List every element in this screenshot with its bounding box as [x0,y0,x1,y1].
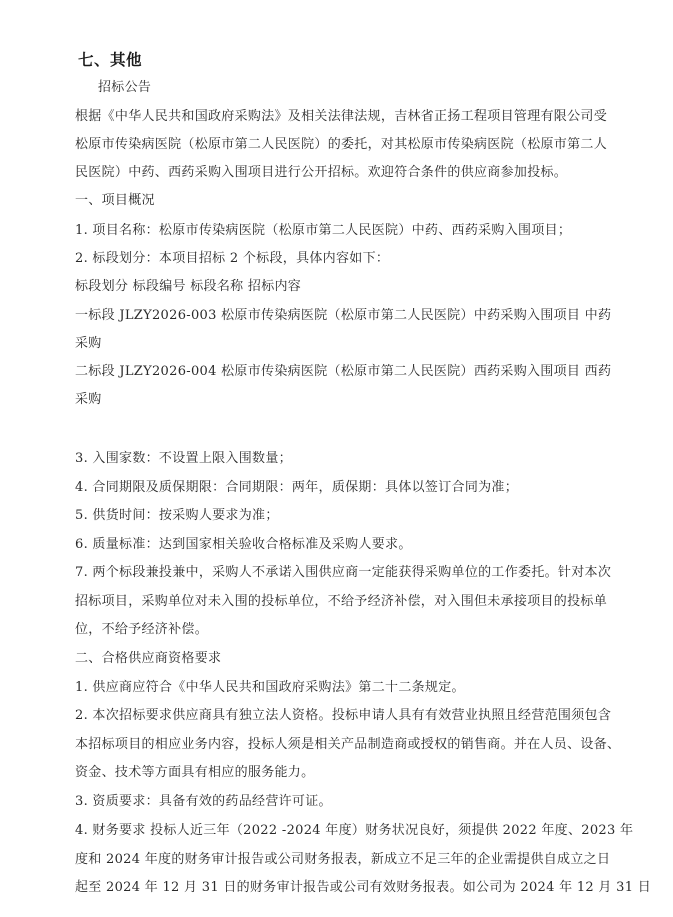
document-page: 七、其他 招标公告 根据《中华人民共和国政府采购法》及相关法律法规，吉林省正扬工… [0,0,673,917]
part1-item3: 3. 入围家数：不设置上限入围数量； [75,451,292,467]
part1-item5: 5. 供货时间：按采购人要求为准； [75,508,279,524]
part2-item1: 1. 供应商应符合《中华人民共和国政府采购法》第二十二条规定。 [75,680,465,696]
part2-item4-line-1: 4. 财务要求 投标人近三年（2022 -2024 年度）财务状况良好，须提供 … [75,823,633,839]
part1-item2: 2. 标段划分：本项目招标 2 个标段，具体内容如下： [75,251,389,267]
intro-line-2: 松原市传染病医院（松原市第二人民医院）的委托，对其松原市传染病医院（松原市第二人 [75,137,607,153]
lots-table-row-2-cont: 采购 [75,392,102,408]
part1-item7-line-1: 7. 两个标段兼投兼中，采购人不承诺入围供应商一定能获得采购单位的工作委托。针对… [75,565,611,581]
part1-item7-line-2: 招标项目，采购单位对未入围的投标单位，不给予经济补偿，对入围但未承接项目的投标单 [75,594,607,610]
part1-item4: 4. 合同期限及质保期限：合同期限：两年，质保期：具体以签订合同为准； [75,480,518,496]
notice-title: 招标公告 [98,80,151,96]
part2-item2-line-1: 2. 本次招标要求供应商具有独立法人资格。投标申请人具有有效营业执照且经营范围须… [75,708,611,724]
part1-heading: 一、项目概况 [75,193,155,209]
part2-item4-line-3: 起至 2024 年 12 月 31 日的财务审计报告或公司有效财务报表。如公司为… [75,880,651,896]
part2-item2-line-2: 本招标项目的相应业务内容，投标人须是相关产品制造商或授权的销售商。并在人员、设备… [75,737,620,753]
lots-table-row-1: 一标段 JLZY2026-003 松原市传染病医院（松原市第二人民医院）中药采购… [75,308,611,324]
part1-item6: 6. 质量标准：达到国家相关验收合格标准及采购人要求。 [75,537,412,553]
lots-table-row-2: 二标段 JLZY2026-004 松原市传染病医院（松原市第二人民医院）西药采购… [75,364,611,380]
intro-line-1: 根据《中华人民共和国政府采购法》及相关法律法规，吉林省正扬工程项目管理有限公司受 [75,109,607,125]
section-heading: 七、其他 [78,52,142,68]
part2-item4-line-2: 度和 2024 年度的财务审计报告或公司财务报表，新成立不足三年的企业需提供自成… [75,852,610,868]
intro-line-3: 民医院）中药、西药采购入围项目进行公开招标。欢迎符合条件的供应商参加投标。 [75,165,567,181]
part1-item7-line-3: 位，不给予经济补偿。 [75,622,208,638]
part2-item3: 3. 资质要求：具备有效的药品经营许可证。 [75,794,332,810]
part2-item2-line-3: 资金、技术等方面具有相应的服务能力。 [75,765,314,781]
part1-item1: 1. 项目名称：松原市传染病医院（松原市第二人民医院）中药、西药采购入围项目； [75,223,571,239]
part2-heading: 二、合格供应商资格要求 [75,651,221,667]
lots-table-header: 标段划分 标段编号 标段名称 招标内容 [75,279,301,295]
lots-table-row-1-cont: 采购 [75,336,102,352]
